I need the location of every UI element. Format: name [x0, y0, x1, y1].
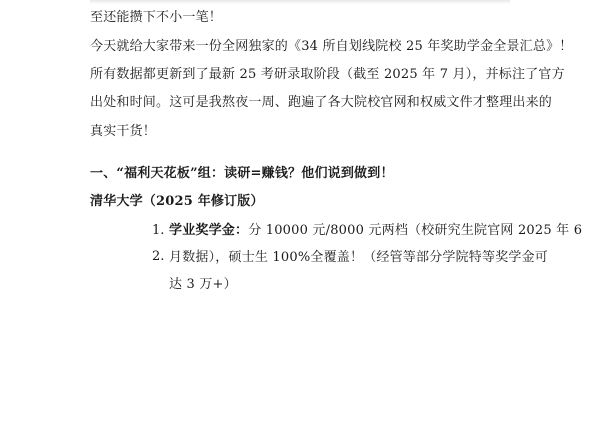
document-page: 至还能攒下不小一笔！ 今天就给大家带来一份全网独家的《34 所自划线院校 25 …: [0, 0, 590, 442]
intro-line-1: 至还能攒下不小一笔！: [90, 10, 222, 26]
list-line: 达 3 万+）: [169, 277, 237, 293]
intro-line-3: 所有数据都更新到了最新 25 考研录取阶段（截至 2025 年 7 月），并标注…: [90, 67, 565, 83]
previous-line-remnant: [90, 0, 510, 4]
intro-line-2: 今天就给大家带来一份全网独家的《34 所自划线院校 25 年奖助学金全景汇总》！: [90, 39, 572, 55]
intro-line-5: 真实干货！: [90, 124, 156, 140]
intro-line-4: 出处和时间。这可是我熬夜一周、跑遍了各大院校官网和权威文件才整理出来的: [90, 95, 552, 111]
list-line: 学业奖学金：分 10000 元/8000 元两档（校研究生院官网 2025 年 …: [169, 223, 582, 239]
list-line: 月数据），硕士生 100%全覆盖！（经管等部分学院特等奖学金可: [169, 250, 548, 266]
list-number: 1.: [152, 223, 164, 239]
section-heading: 一、“福利天花板”组：读研=赚钱？他们说到做到！: [90, 166, 394, 182]
list-number: 2.: [152, 249, 164, 265]
item-title: 学业奖学金：: [169, 223, 248, 238]
item-text: 分 10000 元/8000 元两档（校研究生院官网 2025 年 6: [248, 223, 582, 238]
school-title: 清华大学（2025 年修订版）: [90, 194, 264, 210]
